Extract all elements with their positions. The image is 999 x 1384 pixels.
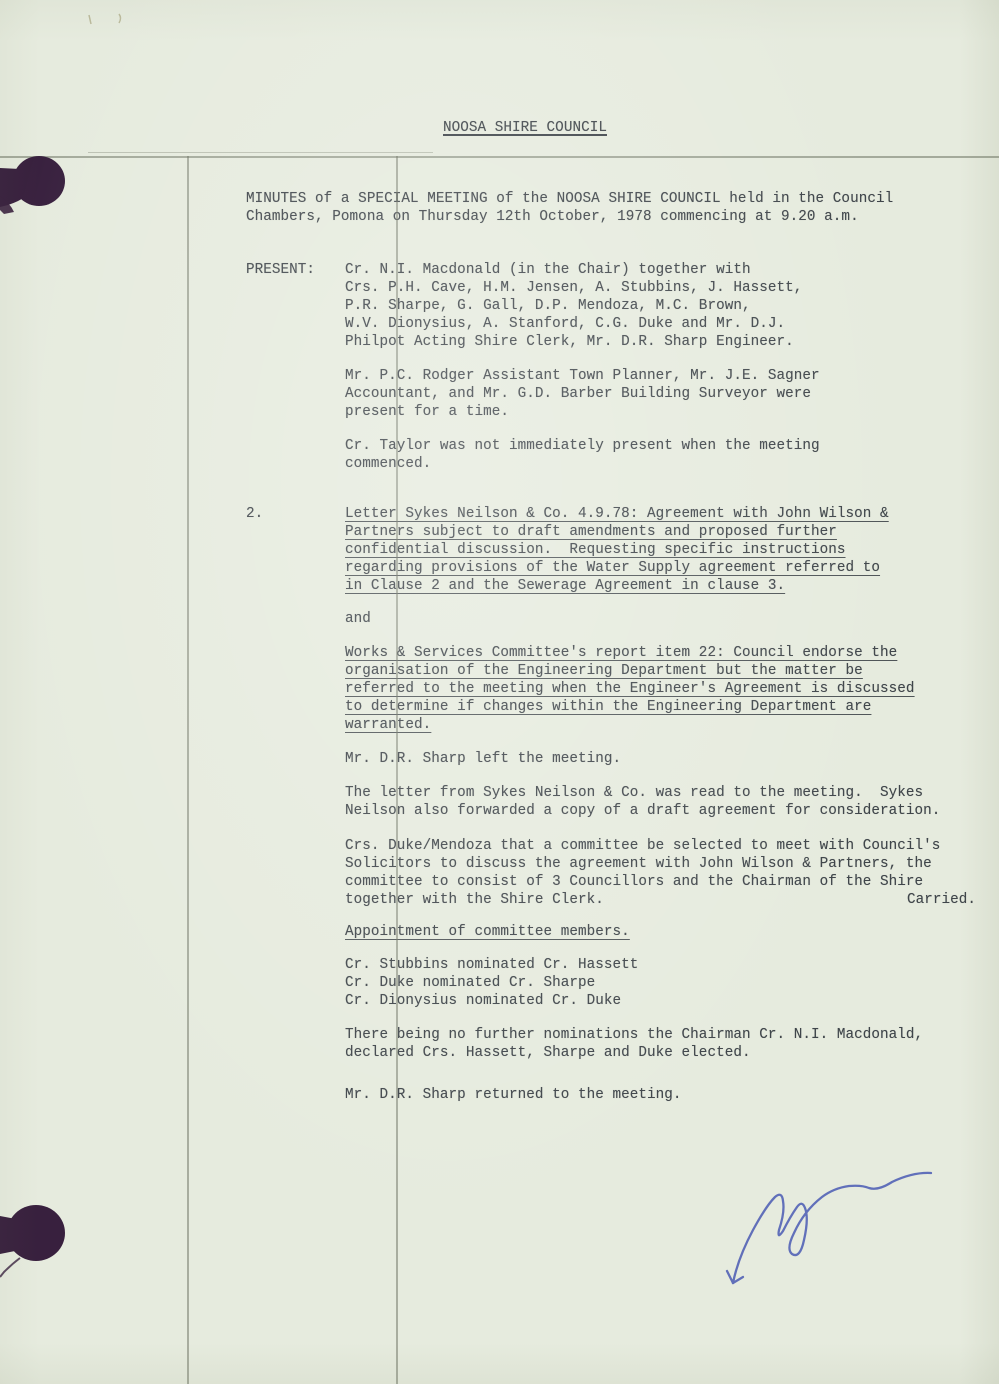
sharp-returned-note: Mr. D.R. Sharp returned to the meeting. (345, 1086, 976, 1104)
carried-note: Carried. (907, 891, 976, 909)
taylor-note: Cr. Taylor was not immediately present w… (345, 437, 976, 473)
present-councillors: Cr. N.I. Macdonald (in the Chair) togeth… (345, 261, 976, 351)
appointment-heading: Appointment of committee members. (345, 923, 976, 941)
pencil-speck-marks (89, 14, 121, 24)
taylor-note-block: Cr. Taylor was not immediately present w… (246, 437, 976, 473)
left-margin-rule (187, 156, 189, 1384)
ink-blot-bottom-icon (0, 1205, 65, 1277)
inner-margin-rule (396, 156, 398, 1384)
sharp-left-note: Mr. D.R. Sharp left the meeting. (345, 750, 976, 768)
item-heading: Letter Sykes Neilson & Co. 4.9.78: Agree… (345, 505, 976, 595)
nominations-block: Cr. Stubbins nominated Cr. Hassett Cr. D… (246, 956, 976, 1010)
ink-blot-top-icon (0, 156, 65, 214)
scanned-document-page: { "document": { "title": "NOOSA SHIRE CO… (0, 0, 999, 1384)
appointment-heading-block: Appointment of committee members. (246, 923, 976, 941)
agenda-item-2-block: 2. Letter Sykes Neilson & Co. 4.9.78: Ag… (246, 505, 976, 595)
present-label: PRESENT: (246, 261, 315, 279)
item-number: 2. (246, 505, 263, 523)
motion-block: Crs. Duke/Mendoza that a committee be se… (246, 837, 976, 909)
header-horizontal-rule (0, 156, 999, 158)
letter-read-block: The letter from Sykes Neilson & Co. was … (246, 784, 976, 820)
pen-signature (727, 1173, 931, 1283)
present-block: PRESENT: Cr. N.I. Macdonald (in the Chai… (246, 261, 976, 351)
present-officers-block: Mr. P.C. Rodger Assistant Town Planner, … (246, 367, 976, 421)
nominations-list: Cr. Stubbins nominated Cr. Hassett Cr. D… (345, 956, 976, 1010)
intro-paragraph: MINUTES of a SPECIAL MEETING of the NOOS… (246, 190, 976, 226)
conjunction-block: and (246, 610, 976, 628)
page-title: NOOSA SHIRE COUNCIL (443, 119, 607, 137)
letter-read-paragraph: The letter from Sykes Neilson & Co. was … (345, 784, 976, 820)
header-horizontal-rule-echo (88, 152, 433, 153)
conjunction-text: and (345, 610, 976, 628)
motion-paragraph: Crs. Duke/Mendoza that a committee be se… (345, 837, 976, 909)
works-heading-block: Works & Services Committee's report item… (246, 644, 976, 734)
election-result: There being no further nominations the C… (345, 1026, 976, 1062)
present-officers: Mr. P.C. Rodger Assistant Town Planner, … (345, 367, 976, 421)
sharp-left-block: Mr. D.R. Sharp left the meeting. (246, 750, 976, 768)
election-result-block: There being no further nominations the C… (246, 1026, 976, 1062)
sharp-returned-block: Mr. D.R. Sharp returned to the meeting. (246, 1086, 976, 1104)
document-body: MINUTES of a SPECIAL MEETING of the NOOS… (246, 190, 976, 1104)
works-heading: Works & Services Committee's report item… (345, 644, 976, 734)
